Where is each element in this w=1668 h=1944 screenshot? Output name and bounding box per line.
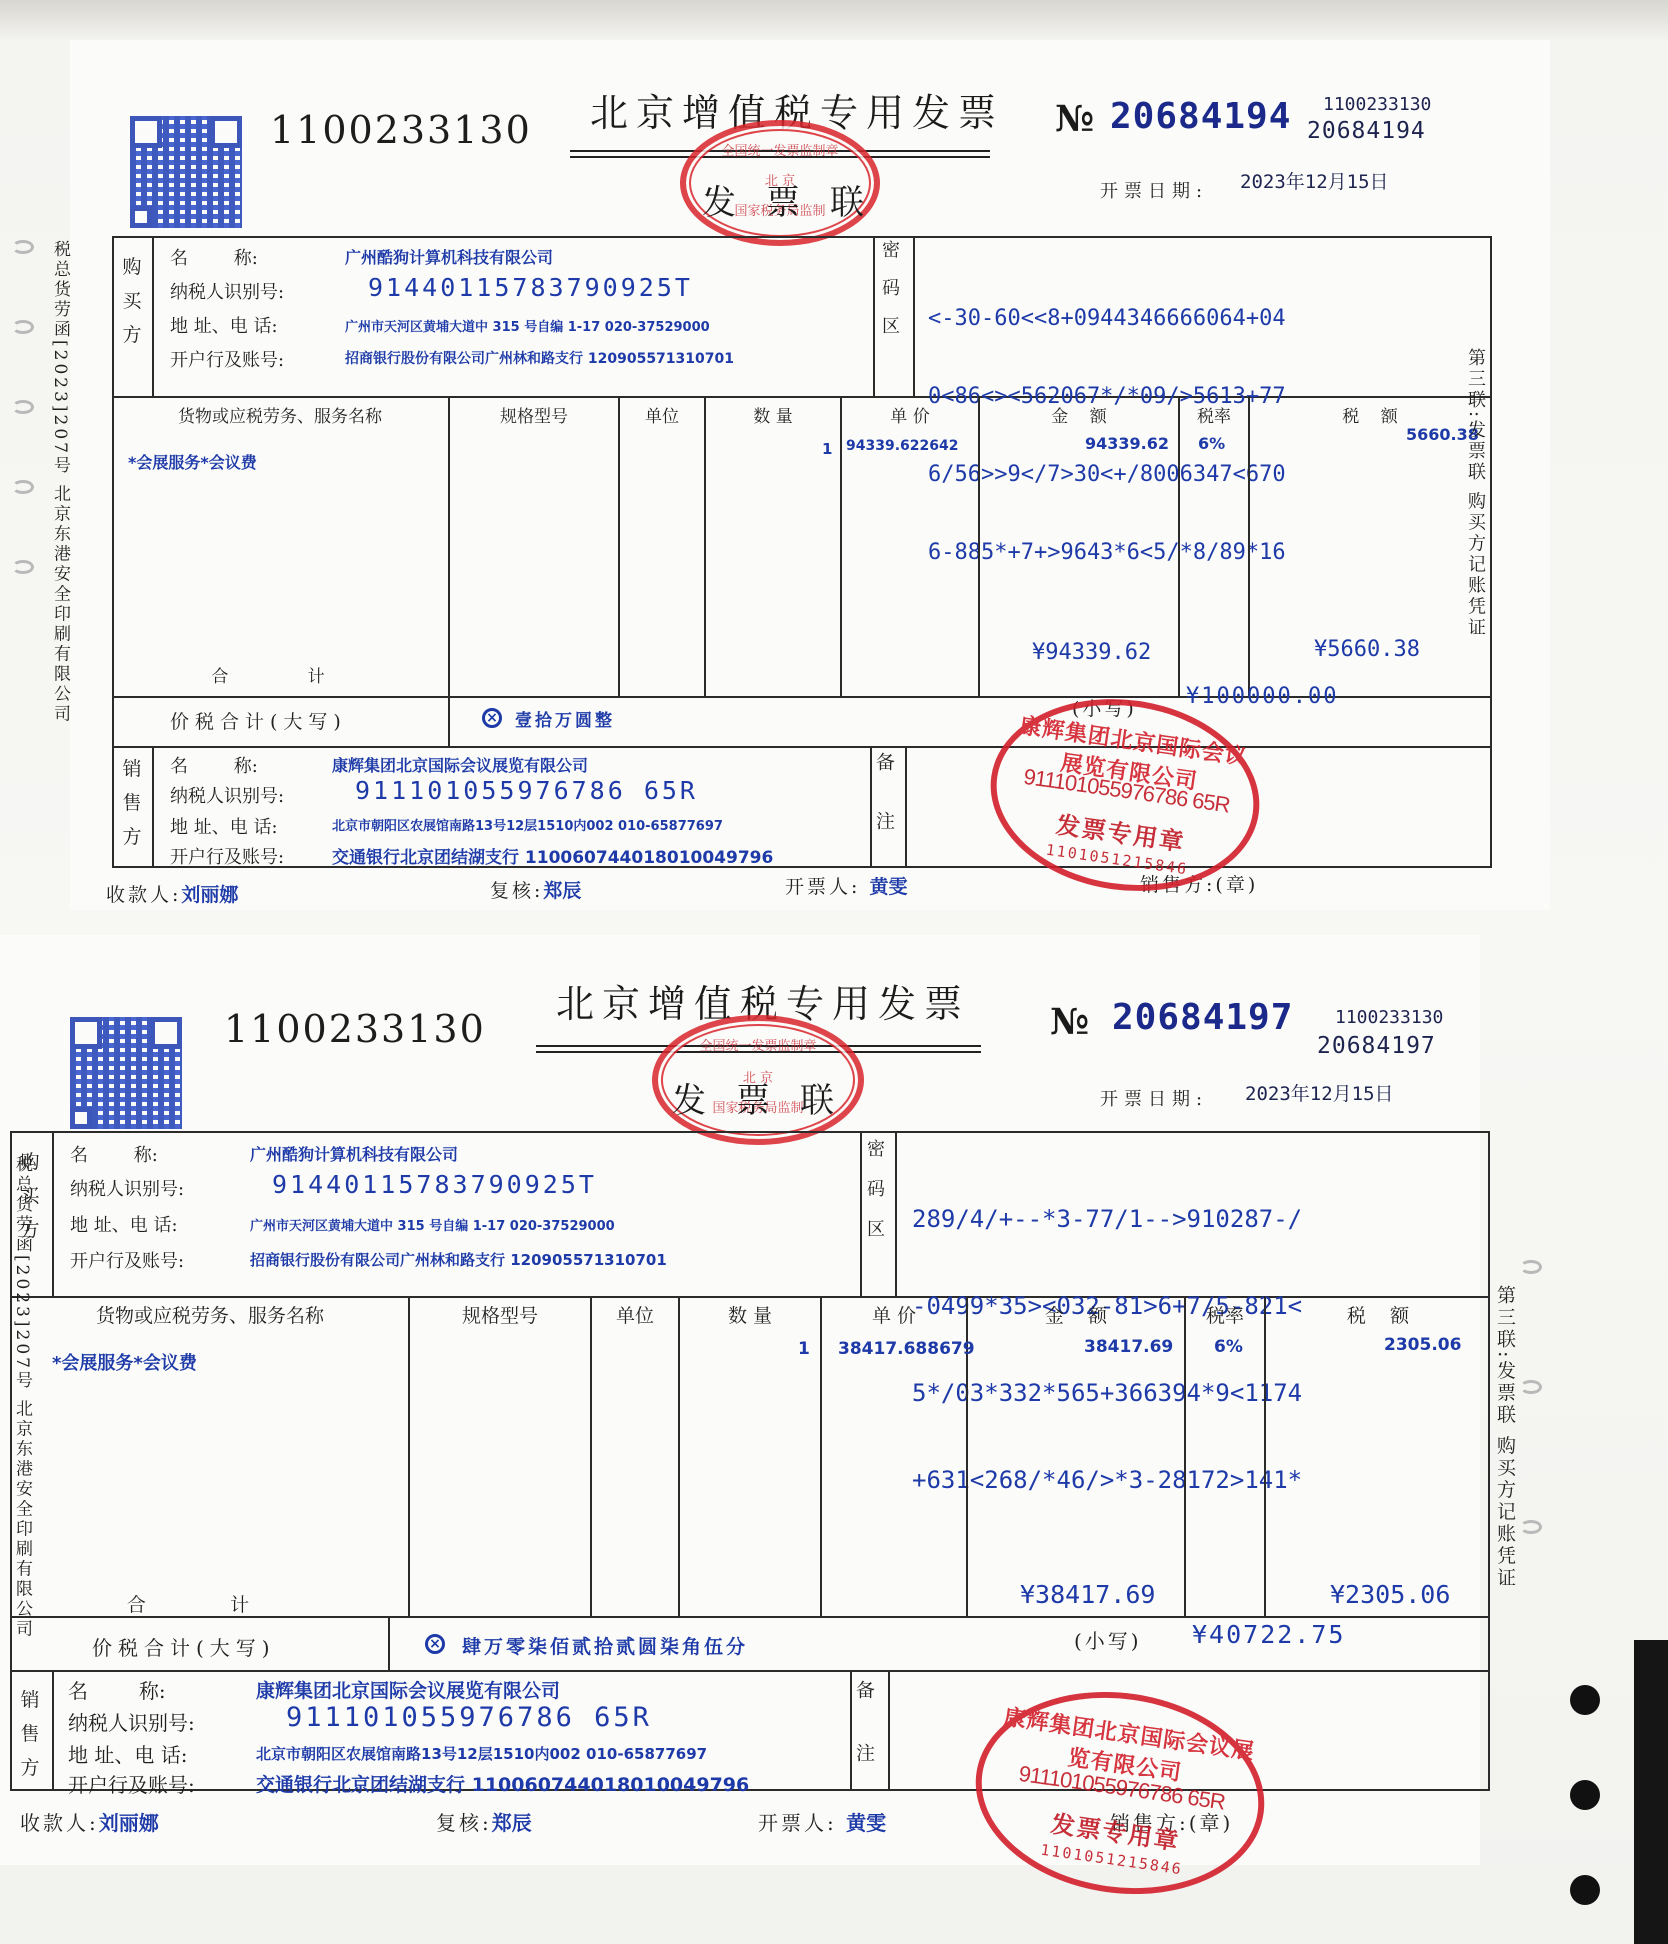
item-name: *会展服务*会议费: [128, 450, 257, 473]
qr-code-icon: [130, 116, 242, 228]
issuer-name: 黄雯: [869, 876, 907, 898]
punch-hole: [12, 560, 34, 574]
divider: [840, 396, 842, 696]
invoice-2: 1100233130 北京增值税专用发票 全国统一发票监制章 北 京 国家税务局…: [0, 935, 1480, 1865]
buyer-address-phone: 广州市天河区黄埔大道中 315 号自编 1-17 020-37529000: [345, 316, 710, 335]
reviewer-name: 郑辰: [492, 1811, 532, 1835]
buyer-name-label: 名 称:: [70, 1141, 158, 1167]
divider: [388, 1616, 390, 1670]
seller-label: 销售方: [122, 752, 142, 854]
column-header-tax-rate: 税率: [1186, 1301, 1264, 1328]
qr-code-icon: [70, 1017, 182, 1129]
remarks-label: 备注: [878, 752, 898, 870]
divider: [52, 1670, 54, 1791]
side-invoice-code: 1100233130: [1323, 94, 1431, 115]
close-circle-icon: ×: [425, 1634, 445, 1654]
divider: [978, 396, 980, 696]
remarks-label: 备注: [858, 1680, 878, 1806]
seller-bank-account: 交通银行北京团结湖支行 110060744018010049796: [256, 1770, 749, 1797]
divider: [873, 236, 875, 396]
number-sign: №: [1055, 98, 1094, 140]
divider: [618, 396, 620, 696]
top-paper-edge: [0, 0, 1668, 40]
payee-field: 收款人:刘丽娜: [106, 880, 238, 907]
grand-total: ¥100000.00: [1186, 684, 1338, 709]
divider: [704, 396, 706, 696]
column-header-item: 货物或应税劳务、服务名称: [30, 1301, 390, 1328]
seller-bank-label: 开户行及账号:: [170, 843, 284, 869]
invoice-1: 1100233130 北京增值税专用发票 全国统一发票监制章 北 京 国家税务局…: [70, 40, 1550, 910]
divider: [1178, 396, 1180, 696]
password-area-label: 密码区: [867, 1139, 887, 1259]
seller-name-label: 名 称:: [68, 1675, 166, 1704]
reviewer-name: 郑辰: [543, 880, 581, 902]
column-header-unit-price: 单 价: [822, 1301, 966, 1328]
buyer-name: 广州酷狗计算机科技有限公司: [345, 245, 553, 268]
divider: [888, 1670, 890, 1791]
divider: [10, 1670, 1490, 1672]
seller-address-label: 地 址、电 话:: [68, 1739, 187, 1768]
issuer-field: 开票人: 黄雯: [785, 872, 907, 899]
divider: [1264, 1296, 1266, 1616]
column-header-tax: 税 额: [1250, 402, 1490, 427]
punch-hole: [12, 240, 34, 254]
reviewer-field: 复核:郑辰: [490, 876, 581, 903]
grand-total: ¥40722.75: [1192, 1620, 1345, 1649]
divider: [820, 1296, 822, 1616]
punch-hole: [1520, 1380, 1542, 1394]
seller-tax-id-label: 纳税人识别号:: [68, 1707, 195, 1736]
divider: [913, 236, 915, 396]
column-header-quantity: 数 量: [680, 1301, 820, 1328]
punch-hole: [1570, 1780, 1600, 1810]
column-header-amount: 金 额: [980, 402, 1178, 427]
total-label: 合 计: [70, 1590, 310, 1617]
payee-name: 刘丽娜: [99, 1811, 159, 1835]
buyer-tax-id-label: 纳税人识别号:: [70, 1175, 184, 1201]
buyer-bank-label: 开户行及账号:: [70, 1247, 184, 1273]
column-header-tax: 税 额: [1266, 1301, 1490, 1328]
payee-field: 收款人:刘丽娜: [20, 1807, 159, 1836]
buyer-bank-account: 招商银行股份有限公司广州林和路支行 120905571310701: [250, 1249, 667, 1270]
password-area-label: 密码区: [882, 240, 902, 354]
item-unit-price: 38417.688679: [838, 1339, 975, 1359]
buyer-bank-label: 开户行及账号:: [170, 346, 284, 372]
dark-edge: [1634, 1640, 1668, 1944]
buyer-address-label: 地 址、电 话:: [70, 1211, 178, 1237]
reviewer-field: 复核:郑辰: [436, 1807, 532, 1836]
item-name: *会展服务*会议费: [52, 1349, 197, 1375]
divider: [905, 746, 907, 868]
punch-hole: [1570, 1685, 1600, 1715]
divider: [152, 746, 154, 868]
punch-hole: [1520, 1520, 1542, 1534]
invoice-number: 20684197: [1112, 997, 1293, 1038]
close-circle-icon: ×: [482, 708, 502, 728]
side-invoice-code: 1100233130: [1335, 1007, 1443, 1028]
copy-label: 第三联:发票联 购买方记账凭证: [1462, 348, 1488, 639]
column-header-item: 货物或应税劳务、服务名称: [120, 402, 440, 427]
grand-total-small-label: (小写): [1074, 1625, 1142, 1654]
seller-tax-id: 911101055976786 65R: [286, 1702, 652, 1733]
buyer-name: 广州酷狗计算机科技有限公司: [250, 1142, 458, 1165]
number-sign: №: [1050, 1001, 1089, 1043]
column-header-spec: 规格型号: [410, 1301, 590, 1328]
seller-address-phone: 北京市朝阳区农展馆南路13号12层1510内002 010-65877697: [332, 815, 723, 834]
issuer-field: 开票人: 黄雯: [758, 1807, 886, 1836]
seller-address-label: 地 址、电 话:: [170, 813, 278, 839]
punch-hole: [1570, 1875, 1600, 1905]
divider: [590, 1296, 592, 1616]
divider: [678, 1296, 680, 1616]
invoice-code: 1100233130: [270, 108, 532, 152]
payee-name: 刘丽娜: [181, 884, 238, 906]
column-header-unit: 单位: [592, 1301, 678, 1328]
buyer-bank-account: 招商银行股份有限公司广州林和路支行 120905571310701: [345, 348, 734, 368]
seller-bank-label: 开户行及账号:: [68, 1769, 195, 1798]
column-header-unit: 单位: [620, 402, 704, 427]
item-quantity: 1: [822, 440, 832, 458]
total-tax: ¥2305.06: [1330, 1580, 1450, 1609]
total-label: 合 计: [170, 662, 370, 687]
item-tax-rate: 6%: [1198, 434, 1225, 453]
grand-total-capital: 肆万零柒佰贰拾贰圆柒角伍分: [462, 1632, 748, 1659]
invoice-subtitle: 发票联: [672, 1073, 864, 1122]
column-header-amount: 金 额: [968, 1301, 1184, 1328]
seller-name: 康辉集团北京国际会议展览有限公司: [332, 753, 588, 776]
punch-hole: [12, 320, 34, 334]
grand-total-label: 价税合计(大写): [170, 707, 347, 734]
date-label: 开票日期:: [1100, 1085, 1208, 1111]
total-tax: ¥5660.38: [1314, 637, 1420, 662]
date-label: 开票日期:: [1100, 177, 1208, 203]
buyer-name-label: 名 称:: [170, 244, 258, 270]
column-header-spec: 规格型号: [450, 402, 618, 427]
seller-name: 康辉集团北京国际会议展览有限公司: [256, 1676, 560, 1703]
side-invoice-number: 20684194: [1307, 118, 1426, 144]
divider: [1184, 1296, 1186, 1616]
buyer-tax-id: 91440115783790925T: [272, 1170, 597, 1199]
issuer-name: 黄雯: [846, 1811, 886, 1835]
item-amount: 38417.69: [1084, 1337, 1173, 1357]
punch-hole: [12, 480, 34, 494]
item-amount: 94339.62: [1085, 434, 1169, 453]
punch-hole: [1520, 1260, 1542, 1274]
seller-name-label: 名 称:: [170, 752, 258, 778]
divider: [408, 1296, 410, 1616]
invoice-code: 1100233130: [224, 1007, 486, 1051]
column-header-unit-price: 单 价: [842, 402, 978, 427]
column-header-tax-rate: 税率: [1180, 402, 1248, 427]
divider: [1248, 396, 1250, 696]
seller-address-phone: 北京市朝阳区农展馆南路13号12层1510内002 010-65877697: [256, 1743, 707, 1764]
divider: [152, 236, 154, 396]
item-tax-rate: 6%: [1214, 1337, 1243, 1357]
divider: [448, 696, 450, 746]
total-amount: ¥94339.62: [1032, 640, 1151, 665]
divider: [52, 1131, 54, 1296]
divider: [448, 396, 450, 696]
buyer-tax-id-label: 纳税人识别号:: [170, 278, 284, 304]
invoice-date: 2023年12月15日: [1240, 167, 1389, 194]
invoice-date: 2023年12月15日: [1245, 1079, 1394, 1106]
punch-hole: [12, 400, 34, 414]
seller-bank-account: 交通银行北京团结湖支行 110060744018010049796: [332, 843, 773, 868]
buyer-address-phone: 广州市天河区黄埔大道中 315 号自编 1-17 020-37529000: [250, 1215, 615, 1234]
copy-label: 第三联:发票联 购买方记账凭证: [1492, 1285, 1519, 1589]
printer-label: 税总货劳函[2023]207号 北京东港安全印刷有限公司: [48, 240, 73, 724]
grand-total-label: 价税合计(大写): [92, 1632, 276, 1661]
buyer-tax-id: 91440115783790925T: [368, 273, 693, 302]
divider: [112, 746, 1492, 748]
seller-tax-id: 911101055976786 65R: [355, 776, 698, 805]
item-unit-price: 94339.622642: [846, 438, 958, 454]
column-header-quantity: 数 量: [706, 402, 840, 427]
buyer-address-label: 地 址、电 话:: [170, 312, 278, 338]
invoice-number: 20684194: [1110, 96, 1291, 137]
item-quantity: 1: [798, 1339, 810, 1359]
buyer-label: 购买方: [122, 250, 142, 352]
grand-total-capital: 壹拾万圆整: [515, 706, 615, 731]
invoice-subtitle: 发票联: [702, 175, 894, 224]
item-tax: 2305.06: [1384, 1335, 1461, 1355]
side-invoice-number: 20684197: [1317, 1033, 1436, 1059]
seller-tax-id-label: 纳税人识别号:: [170, 782, 284, 808]
total-amount: ¥38417.69: [1020, 1580, 1155, 1609]
printer-label: 税总货劳函[2023]207号 北京东港安全印刷有限公司: [10, 1155, 35, 1715]
divider: [895, 1131, 897, 1296]
